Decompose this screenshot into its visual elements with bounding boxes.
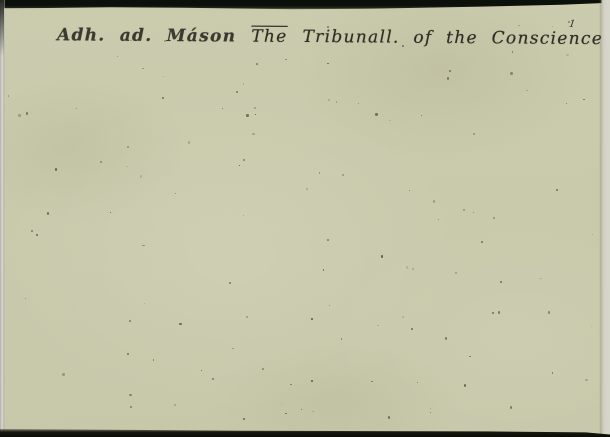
paper-speck (246, 114, 249, 117)
paper-speck (47, 212, 49, 215)
paper-speck (179, 323, 181, 325)
scan-edge-left (0, 0, 5, 437)
paper-speck (552, 26, 553, 27)
paper-speck (188, 141, 190, 143)
paper-speck (412, 268, 415, 271)
paper-speck (323, 269, 324, 270)
paper-speck (566, 54, 568, 56)
paper-speck (455, 272, 457, 273)
paper-speck (252, 133, 254, 135)
paper-speck (583, 99, 585, 101)
paper-speck (438, 219, 439, 220)
paper-speck (281, 404, 282, 405)
paper-speck (55, 168, 57, 170)
paper-speck (25, 298, 26, 299)
paper-speck (389, 120, 391, 122)
paper-speck (36, 234, 37, 235)
paper-speck (469, 356, 471, 358)
paper-speck (377, 325, 379, 326)
paper-speck (127, 146, 129, 148)
paper-speck (327, 239, 329, 241)
paper-speck (236, 91, 238, 93)
paper-speck (306, 188, 308, 190)
paper-speck (566, 103, 567, 105)
paper-speck (375, 113, 378, 115)
paper-speck (473, 212, 474, 213)
paper-speck (358, 103, 359, 104)
paper-speck (62, 373, 65, 376)
scan-edge-top (0, 0, 610, 10)
paper-speck (402, 316, 404, 319)
paper-speck (406, 266, 408, 269)
paper-speck (518, 25, 520, 27)
paper-speck (381, 255, 383, 257)
paper-speck (129, 394, 132, 396)
paper-speck (140, 175, 142, 177)
paper-speck (492, 312, 494, 314)
paper-speck (201, 370, 202, 371)
paper-speck (498, 311, 500, 314)
scanned-page: Adh. ad. Máson The Tribunall. of the Con… (0, 0, 610, 437)
paper-speck (548, 311, 550, 313)
paper-speck (540, 278, 541, 279)
paper-speck (117, 56, 118, 57)
paper-speck (243, 83, 245, 84)
paper-speck (312, 411, 314, 413)
paper-speck (8, 95, 10, 97)
paper-speck (239, 165, 240, 166)
paper-speck (421, 115, 422, 116)
paper-speck (311, 318, 313, 320)
paper-speck (473, 133, 475, 135)
paper-speck (336, 101, 338, 103)
paper-texture (0, 0, 610, 437)
paper-speck (552, 372, 553, 373)
paper-speck (329, 305, 330, 306)
paper-speck (411, 328, 413, 330)
paper-speck (175, 193, 176, 194)
paper-speck (31, 230, 33, 232)
scan-edge-left-top (0, 0, 4, 56)
paper-speck (388, 416, 390, 419)
paper-speck (592, 234, 593, 235)
paper-speck (262, 368, 264, 370)
heading-article: The (251, 27, 287, 47)
paper-speck (110, 212, 111, 213)
paper-speck (371, 381, 373, 382)
paper-speck (129, 320, 131, 322)
paper-speck (127, 353, 130, 355)
paper-speck (319, 172, 321, 174)
paper-speck (26, 112, 28, 115)
paper-speck (430, 408, 431, 409)
paper-speck (142, 245, 144, 247)
paper-speck (254, 107, 256, 109)
paper-speck (290, 384, 291, 386)
scan-edge-bottom (0, 428, 610, 437)
scan-edge-right (596, 0, 610, 437)
paper-speck (243, 159, 245, 161)
paper-speck (153, 359, 155, 361)
paper-speck (481, 241, 483, 243)
paper-speck (433, 200, 435, 202)
paper-speck (311, 380, 313, 382)
paper-speck (76, 108, 77, 109)
heading-title: Tribunall. of the Conscience. (303, 27, 610, 49)
paper-speck (341, 338, 343, 340)
paper-speck (285, 59, 286, 60)
paper-speck (500, 281, 501, 282)
paper-speck (243, 215, 244, 216)
paper-speck (591, 326, 592, 327)
paper-speck (126, 166, 128, 168)
paper-speck (409, 190, 410, 191)
paper-speck (229, 282, 231, 284)
paper-speck (464, 384, 466, 387)
paper-speck (512, 51, 514, 53)
paper-speck (222, 108, 223, 109)
paper-speck (212, 378, 214, 380)
paper-speck (463, 209, 465, 211)
paper-speck (449, 70, 451, 72)
paper-speck (163, 76, 164, 77)
paper-speck (445, 337, 448, 340)
paper-speck (510, 406, 513, 409)
paper-speck (285, 413, 287, 414)
paper-speck (162, 97, 164, 99)
paper-speck (243, 418, 245, 420)
paper-speck (417, 382, 418, 383)
paper-speck (142, 68, 143, 69)
paper-speck (556, 189, 558, 191)
paper-speck (342, 174, 344, 176)
paper-speck (327, 63, 329, 65)
paper-speck (510, 72, 513, 75)
paper-speck (130, 406, 132, 408)
paper-speck (585, 379, 588, 381)
paper-speck (100, 161, 102, 163)
paper-speck (144, 303, 145, 304)
paper-speck (328, 99, 330, 102)
paper-speck (18, 114, 20, 117)
paper-speck (256, 63, 258, 65)
heading-prefix: Adh. ad. Máson (57, 25, 236, 46)
paper-speck (301, 409, 302, 410)
paper-speck (255, 114, 256, 115)
paper-speck (174, 404, 176, 406)
paper-speck (526, 90, 527, 91)
paper-speck (430, 412, 431, 413)
paper-speck (246, 316, 249, 318)
paper-speck (447, 77, 449, 80)
manuscript-heading: Adh. ad. Máson The Tribunall. of the Con… (57, 25, 557, 48)
paper-speck (232, 348, 234, 349)
paper-speck (493, 217, 495, 219)
